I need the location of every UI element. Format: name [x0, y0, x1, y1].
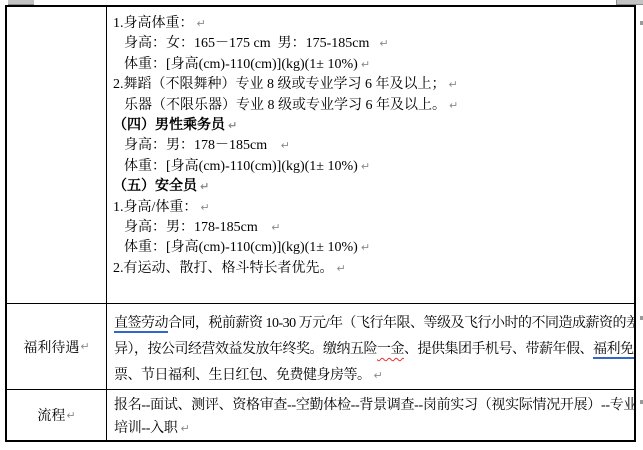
table-row-process: 流程↵报名--面试、测评、资格审查--空勤体检--背景调查--岗前实习（视实际情…	[7, 389, 634, 440]
text-segment: 票、节日福利、生日红包、免费健身房等。	[114, 368, 371, 383]
spellcheck-flagged-text: 一金	[377, 342, 404, 357]
text-line: 培训--入职↵	[114, 417, 630, 440]
text-segment: （四）男性乘务员	[113, 118, 225, 133]
text-segment: 体重：[身高(cm)-110(cm)](kg)(1± 10%)	[124, 240, 358, 255]
text-segment: （五）安全员	[113, 179, 197, 194]
text-segment: 异），按公司经营效益发放年终奖。缴纳五险	[114, 342, 377, 357]
pilcrow-mark: ↵	[181, 422, 190, 435]
text-segment: 身高：男：178－185cm	[124, 138, 278, 153]
text-segment: 报名--面试、测评、资格审查--空勤体检--背景调查--岗前实习（视实际情况开展…	[114, 398, 634, 413]
hyperlink-underlined-text: 直签劳动	[114, 316, 168, 333]
text-segment: 体重：[身高(cm)-110(cm)](kg)(1± 10%)	[124, 57, 358, 72]
pilcrow-mark: ↵	[449, 99, 458, 112]
text-segment: 合同，税前薪资 10-30 万元/年（飞行年限、等级及飞行小时的不同造成薪资的差	[168, 316, 634, 331]
pilcrow-mark: ↵	[197, 17, 206, 30]
pilcrow-mark: ↵	[281, 139, 290, 152]
pilcrow-mark: ↵	[200, 180, 209, 193]
text-line: 2.有运动、散打、格斗特长者优先。↵	[113, 259, 630, 279]
table-row-welfare: 福利待遇↵直签劳动合同，税前薪资 10-30 万元/年（飞行年限、等级及飞行小时…	[7, 303, 634, 389]
row-label-welfare: 福利待遇	[23, 337, 79, 357]
pilcrow-mark: ↵	[379, 37, 388, 50]
pilcrow-mark: ↵	[66, 409, 75, 422]
text-segment: 身高：男：178-185cm	[124, 220, 268, 235]
text-line: 乐器（不限乐器）专业 8 级或专业学习 6 年及以上。↵	[113, 96, 630, 116]
text-segment: 1.身高体重：	[113, 16, 194, 31]
text-line: （五）安全员↵	[113, 177, 630, 197]
row-label-process: 流程	[37, 405, 65, 425]
label-cell-welfare[interactable]: 福利待遇↵	[7, 304, 107, 389]
text-line: （四）男性乘务员↵	[113, 116, 630, 136]
table-row-requirements: 1.身高体重：↵身高：女：165－175 cm 男：175-185cm ↵体重：…	[7, 7, 634, 303]
recruitment-table: 1.身高体重：↵身高：女：165－175 cm 男：175-185cm ↵体重：…	[5, 5, 636, 442]
text-line: 体重：[身高(cm)-110(cm)](kg)(1± 10%)↵	[113, 55, 630, 75]
text-line: 1.身高/体重：↵	[113, 198, 630, 218]
text-segment: 培训--入职	[114, 421, 178, 436]
text-line: 体重：[身高(cm)-110(cm)](kg)(1± 10%)↵	[113, 238, 630, 258]
text-line: 异），按公司经营效益发放年终奖。缴纳五险一金、提供集团手机号、带薪年假、福利免折	[114, 337, 630, 363]
hyperlink-underlined-text: 福利免折	[593, 342, 634, 359]
content-cell-welfare[interactable]: 直签劳动合同，税前薪资 10-30 万元/年（飞行年限、等级及飞行小时的不同造成…	[107, 304, 634, 389]
text-line: 体重：[身高(cm)-110(cm)](kg)(1± 10%)↵	[113, 157, 630, 177]
pilcrow-mark: ↵	[337, 262, 346, 275]
pilcrow-mark: ↵	[361, 58, 370, 71]
text-line: 1.身高体重：↵	[113, 14, 630, 34]
word-document-page: 1.身高体重：↵身高：女：165－175 cm 男：175-185cm ↵体重：…	[0, 0, 643, 450]
text-segment: 身高：女：165－175 cm 男：175-185cm	[124, 36, 376, 51]
pilcrow-mark: ↵	[200, 201, 209, 214]
pilcrow-mark: ↵	[271, 221, 280, 234]
pilcrow-mark: ↵	[361, 241, 370, 254]
text-segment: 乐器（不限乐器）专业 8 级或专业学习 6 年及以上。	[124, 98, 446, 113]
text-line: 身高：女：165－175 cm 男：175-185cm ↵	[113, 34, 630, 54]
text-segment: 1.身高/体重：	[113, 200, 197, 215]
text-line: 身高：男：178－185cm ↵	[113, 136, 630, 156]
text-line: 票、节日福利、生日红包、免费健身房等。↵	[114, 363, 630, 389]
label-cell-requirements[interactable]	[7, 7, 107, 303]
text-segment: 2.有运动、散打、格斗特长者优先。	[113, 261, 334, 276]
text-line: 身高：男：178-185cm ↵	[113, 218, 630, 238]
pilcrow-mark: ↵	[449, 78, 458, 91]
text-segment: 体重：[身高(cm)-110(cm)](kg)(1± 10%)	[124, 159, 358, 174]
text-segment: 2.舞蹈（不限舞种）专业 8 级或专业学习 6 年及以上；	[113, 77, 446, 92]
pilcrow-mark: ↵	[80, 340, 89, 353]
text-line: 直签劳动合同，税前薪资 10-30 万元/年（飞行年限、等级及飞行小时的不同造成…	[114, 311, 630, 337]
label-cell-process[interactable]: 流程↵	[7, 390, 107, 440]
pilcrow-mark: ↵	[374, 369, 383, 382]
text-line: 报名--面试、测评、资格审查--空勤体检--背景调查--岗前实习（视实际情况开展…	[114, 394, 630, 417]
text-line: 2.舞蹈（不限舞种）专业 8 级或专业学习 6 年及以上；↵	[113, 75, 630, 95]
content-cell-process[interactable]: 报名--面试、测评、资格审查--空勤体检--背景调查--岗前实习（视实际情况开展…	[107, 390, 634, 440]
pilcrow-mark: ↵	[228, 119, 237, 132]
content-cell-requirements[interactable]: 1.身高体重：↵身高：女：165－175 cm 男：175-185cm ↵体重：…	[107, 7, 634, 303]
text-segment: 、提供集团手机号、带薪年假、	[404, 342, 593, 357]
pilcrow-mark: ↵	[361, 160, 370, 173]
